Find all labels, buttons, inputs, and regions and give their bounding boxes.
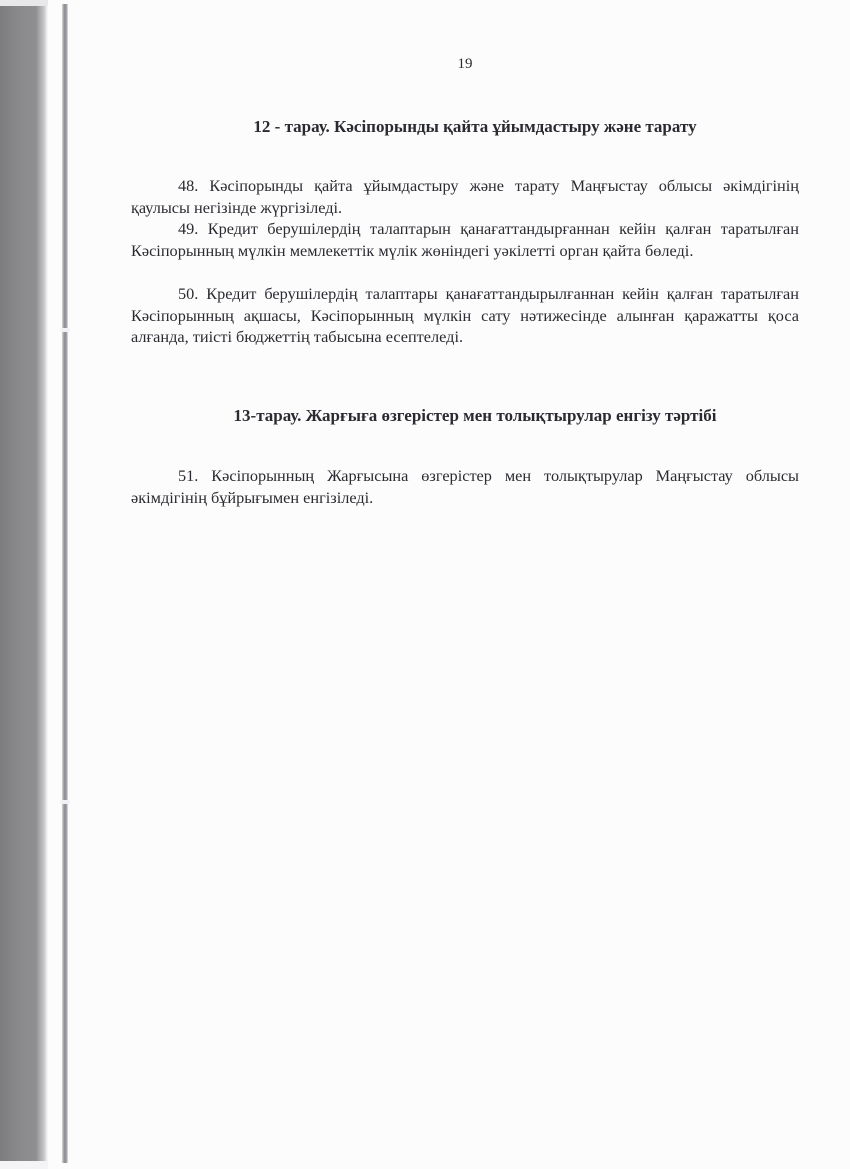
scan-edge-top [0,0,48,6]
page-number: 19 [0,56,850,73]
binding-notch [60,800,70,804]
binding-notch [60,328,70,332]
paragraph-48: 48. Кәсіпорынды қайта ұйымдастыру және т… [131,175,799,218]
scan-shadow-edge [0,0,48,1169]
section-heading-13: 13-тарау. Жарғыға өзгерістер мен толықты… [130,406,800,426]
scan-edge-bottom [0,1161,48,1169]
paragraph-49: 49. Кредит берушілердің талаптарын қанағ… [131,218,799,261]
paragraph-51: 51. Кәсіпорынның Жарғысына өзгерістер ме… [131,465,799,508]
binding-line [62,4,68,1163]
section-heading-12: 12 - тарау. Кәсіпорынды қайта ұйымдастыр… [130,117,800,137]
paragraph-50: 50. Кредит берушілердің талаптары қанаға… [131,283,799,348]
